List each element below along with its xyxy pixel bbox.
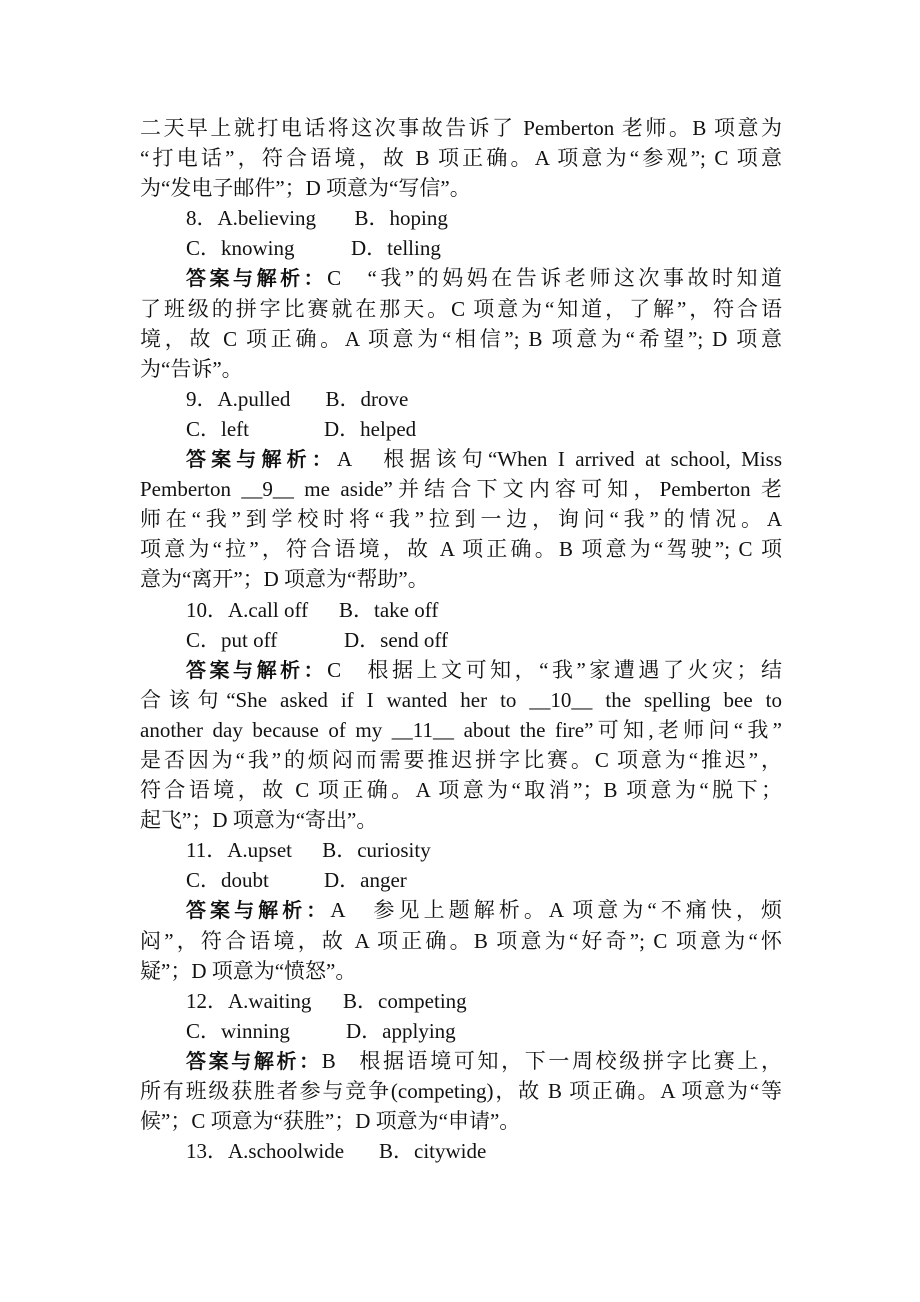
- question-number: 13．: [186, 1139, 228, 1163]
- options-row-2: C．leftD．helped: [140, 414, 782, 444]
- option-a: A.upset: [227, 835, 322, 865]
- text-line: 二天早上就打电话将这次事故告诉了 Pemberton 老师。B 项意为: [140, 113, 782, 143]
- options-row-2: C．knowingD．telling: [140, 233, 782, 263]
- question-number: 12．: [186, 989, 228, 1013]
- answer-label: 答案与解析：: [186, 898, 330, 922]
- explanation-text: 根据语境可知，下一周校级拼字比赛上，: [359, 1049, 782, 1073]
- options-row-1: 11．A.upsetB．curiosity: [140, 835, 782, 865]
- question-number: 10．: [186, 598, 228, 622]
- option-c: C．left: [186, 414, 324, 444]
- option-a: A.pulled: [218, 384, 326, 414]
- text-line: 候”；C 项意为“获胜”；D 项意为“申请”。: [140, 1106, 782, 1136]
- text-line: 为“告诉”。: [140, 354, 782, 384]
- answer-label: 答案与解析：: [186, 658, 327, 682]
- option-a: A.believing: [218, 203, 355, 233]
- text-line: “打电话”，符合语境，故 B 项正确。A 项意为“参观”; C 项意: [140, 143, 782, 173]
- option-d: D．anger: [324, 865, 407, 895]
- answer-letter: C: [327, 266, 341, 290]
- options-row-1: 8．A.believingB．hoping: [140, 203, 782, 233]
- question-9: 9．A.pulledB．drove C．leftD．helped 答案与解析：A…: [140, 384, 782, 595]
- text-line: 闷”，符合语境，故 A 项正确。B 项意为“好奇”; C 项意为“怀: [140, 926, 782, 956]
- question-11: 11．A.upsetB．curiosity C．doubtD．anger 答案与…: [140, 835, 782, 985]
- option-a: A.schoolwide: [228, 1136, 379, 1166]
- answer-letter: B: [322, 1049, 336, 1073]
- option-d: D．telling: [351, 233, 441, 263]
- option-b: B．curiosity: [322, 835, 431, 865]
- text-line: 意为“离开”；D 项意为“帮助”。: [140, 564, 782, 594]
- option-d: D．send off: [344, 625, 448, 655]
- options-row-2: C．put offD．send off: [140, 625, 782, 655]
- answer-letter: C: [327, 658, 341, 682]
- answer-line: 答案与解析：C “我”的妈妈在告诉老师这次事故时知道: [140, 263, 782, 293]
- text-line: 境，故 C 项正确。A 项意为“相信”; B 项意为“希望”; D 项意: [140, 324, 782, 354]
- option-c: C．knowing: [186, 233, 351, 263]
- option-c: C．doubt: [186, 865, 324, 895]
- text-line: another day because of my __11__ about t…: [140, 715, 782, 745]
- options-row-1: 12．A.waitingB．competing: [140, 986, 782, 1016]
- answer-line: 答案与解析：B 根据语境可知，下一周校级拼字比赛上，: [140, 1046, 782, 1076]
- answer-label: 答案与解析：: [186, 266, 327, 290]
- option-b: B．competing: [343, 986, 467, 1016]
- option-c: C．winning: [186, 1016, 346, 1046]
- option-c: C．put off: [186, 625, 344, 655]
- answer-line: 答案与解析：C 根据上文可知，“我”家遭遇了火灾；结: [140, 655, 782, 685]
- question-12: 12．A.waitingB．competing C．winningD．apply…: [140, 986, 782, 1136]
- text-line: 所有班级获胜者参与竞争(competing)，故 B 项正确。A 项意为“等: [140, 1076, 782, 1106]
- answer-letter: A: [330, 898, 345, 922]
- options-row-1: 10．A.call offB．take off: [140, 595, 782, 625]
- explanation-text: 参见上题解析。A 项意为“不痛快，烦: [373, 898, 782, 922]
- document-page: 二天早上就打电话将这次事故告诉了 Pemberton 老师。B 项意为 “打电话…: [140, 113, 782, 1166]
- option-b: B．take off: [339, 595, 438, 625]
- question-8: 8．A.believingB．hoping C．knowingD．telling…: [140, 203, 782, 384]
- answer-label: 答案与解析：: [186, 447, 337, 471]
- options-row-1: 13．A.schoolwideB．citywide: [140, 1136, 782, 1166]
- option-d: D．applying: [346, 1016, 456, 1046]
- text-line: 为“发电子邮件”；D 项意为“写信”。: [140, 173, 782, 203]
- text-line: 符合语境，故 C 项正确。A 项意为“取消”；B 项意为“脱下；: [140, 775, 782, 805]
- explanation-text: 根据该句“When I arrived at school, Miss: [383, 447, 782, 471]
- question-10: 10．A.call offB．take off C．put offD．send …: [140, 595, 782, 836]
- question-number: 9．: [186, 387, 218, 411]
- answer-label: 答案与解析：: [186, 1049, 322, 1073]
- text-line: 师在“我”到学校时将“我”拉到一边，询问“我”的情况。A: [140, 504, 782, 534]
- text-line: 了班级的拼字比赛就在那天。C 项意为“知道，了解”，符合语: [140, 294, 782, 324]
- option-d: D．helped: [324, 414, 416, 444]
- option-a: A.call off: [228, 595, 339, 625]
- text-line: 合该句“She asked if I wanted her to __10__ …: [140, 685, 782, 715]
- question-number: 11．: [186, 838, 227, 862]
- explanation-text: 根据上文可知，“我”家遭遇了火灾；结: [367, 658, 782, 682]
- question-13: 13．A.schoolwideB．citywide: [140, 1136, 782, 1166]
- question-number: 8．: [186, 206, 218, 230]
- options-row-2: C．doubtD．anger: [140, 865, 782, 895]
- text-line: Pemberton __9__ me aside”并结合下文内容可知，Pembe…: [140, 474, 782, 504]
- option-b: B．citywide: [379, 1136, 486, 1166]
- answer-line: 答案与解析：A 根据该句“When I arrived at school, M…: [140, 444, 782, 474]
- option-a: A.waiting: [228, 986, 343, 1016]
- text-line: 项意为“拉”，符合语境，故 A 项正确。B 项意为“驾驶”; C 项: [140, 534, 782, 564]
- answer-line: 答案与解析：A 参见上题解析。A 项意为“不痛快，烦: [140, 895, 782, 925]
- text-line: 疑”；D 项意为“愤怒”。: [140, 956, 782, 986]
- text-line: 是否因为“我”的烦闷而需要推迟拼字比赛。C 项意为“推迟”，: [140, 745, 782, 775]
- explanation-text: “我”的妈妈在告诉老师这次事故时知道: [367, 266, 782, 290]
- option-b: B．hoping: [355, 203, 448, 233]
- text-line: 起飞”；D 项意为“寄出”。: [140, 805, 782, 835]
- answer-letter: A: [337, 447, 352, 471]
- option-b: B．drove: [326, 384, 409, 414]
- options-row-2: C．winningD．applying: [140, 1016, 782, 1046]
- intro-paragraph: 二天早上就打电话将这次事故告诉了 Pemberton 老师。B 项意为 “打电话…: [140, 113, 782, 203]
- options-row-1: 9．A.pulledB．drove: [140, 384, 782, 414]
